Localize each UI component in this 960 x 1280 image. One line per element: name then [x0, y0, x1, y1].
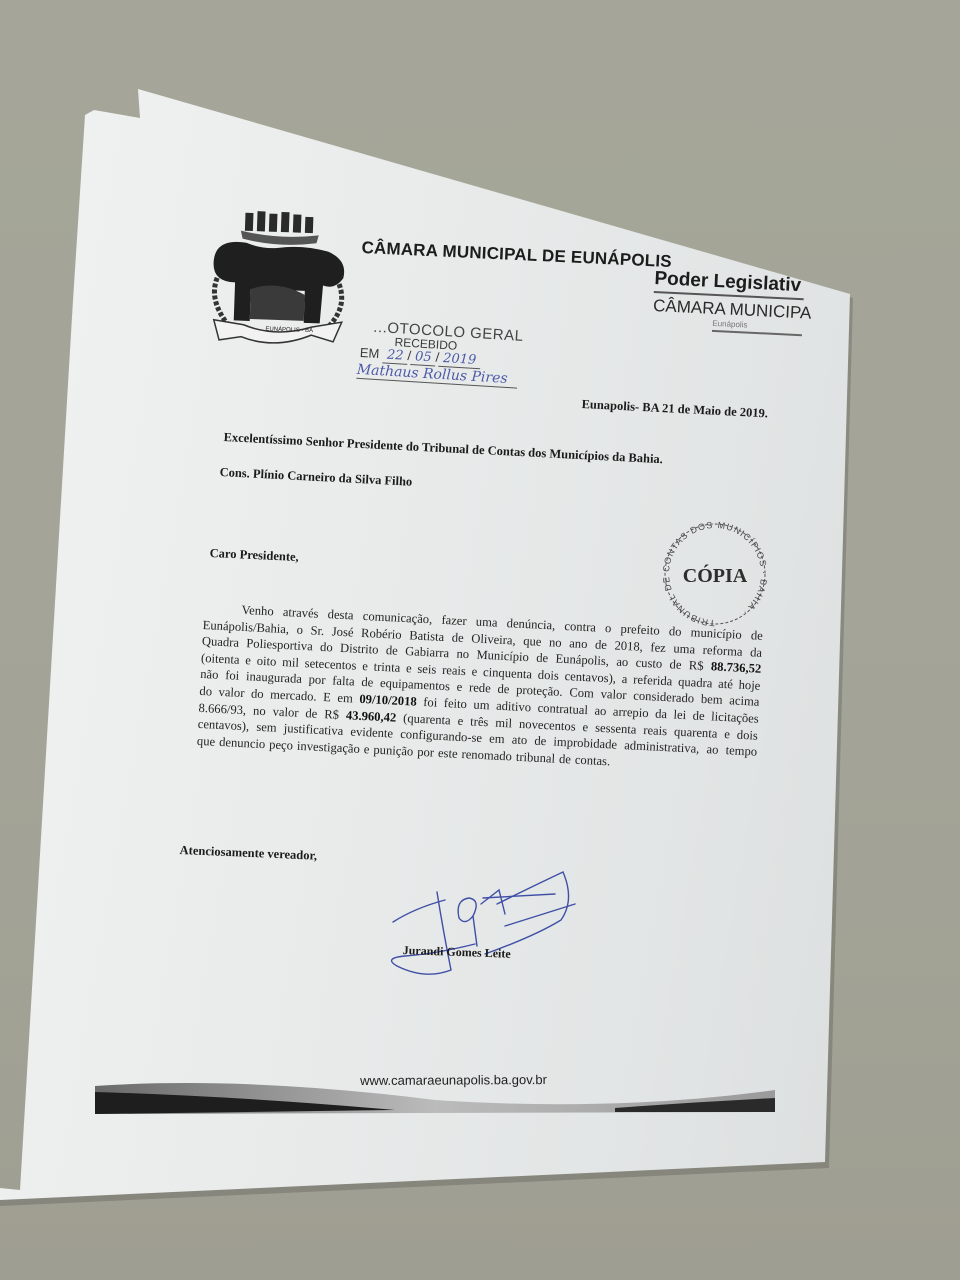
protocol-day: 22 [382, 347, 407, 364]
body-word: Distrito [340, 640, 379, 658]
body-word: em [489, 731, 505, 748]
body-word: de [534, 733, 547, 750]
body-word: da [750, 644, 763, 661]
body-word: desta [327, 606, 354, 624]
body-word: R$ [324, 706, 340, 723]
body-word: de [451, 629, 464, 646]
body-word: uma [673, 640, 695, 658]
body-word: quadra [678, 673, 713, 691]
date-line: Eunapolis- BA 21 de Maio de 2019. [581, 397, 768, 421]
body-word: de [361, 674, 374, 691]
body-word: foi [225, 668, 240, 685]
body-word: de [536, 650, 549, 667]
body-word: licitações [711, 708, 759, 727]
body-word: que [523, 633, 542, 650]
body-word: valor [272, 703, 299, 721]
body-word: Sr. [310, 622, 324, 639]
body-word: em [337, 690, 353, 707]
body-word: Venho [241, 602, 274, 620]
body-word: Quadra [202, 633, 240, 651]
body-word: e [724, 726, 730, 743]
body-word: sem [256, 719, 277, 737]
body-word: ao [706, 741, 719, 758]
body-word: fez [650, 639, 666, 656]
body-word: falta [332, 673, 355, 691]
body-word: dois [537, 666, 559, 684]
protocol-stamp: ...OTOCOLO GERAL RECEBIDO EM 22/05/2019 … [358, 318, 524, 389]
body-word: de [669, 656, 682, 673]
body-word: de [559, 751, 572, 768]
body-word: evidente [350, 724, 393, 743]
body-word: sessenta [595, 719, 637, 738]
body-word: acima [729, 693, 760, 711]
body-word: do [251, 685, 264, 702]
body-word: seis [417, 660, 437, 678]
body-word: ano [569, 635, 588, 652]
body-word: e [363, 741, 369, 758]
body-word: Robério [361, 624, 402, 643]
poder-title: Poder Legislativ [654, 268, 805, 300]
body-word: referida [633, 671, 673, 690]
body-word: peço [269, 736, 294, 754]
body-word: R$ [688, 657, 704, 674]
body-word: do [320, 639, 333, 656]
body-word: um [473, 697, 490, 714]
body-word: custo [635, 655, 662, 673]
body-word: rede [469, 680, 491, 698]
body-word: este [438, 745, 458, 763]
body-word: uma [475, 614, 497, 632]
letter-content: EUNÁPOLIS - BA CÂMARA MUNICIPAL DE EUNÁP… [0, 0, 960, 1280]
body-word: Com [569, 685, 594, 703]
body-word: aditivo [496, 698, 532, 716]
body-word: lei [673, 706, 686, 723]
body-word: de [385, 642, 398, 659]
body-word: (oitenta [201, 650, 240, 668]
body-word: por [308, 672, 326, 689]
body-word: através [282, 604, 318, 622]
body-word: de [751, 627, 764, 644]
body-word: E [323, 689, 332, 706]
body-word: 2018, [614, 637, 643, 655]
body-word: ao [616, 654, 629, 671]
body-word: três [470, 713, 489, 730]
body-word: e [582, 719, 588, 736]
body-word: investigação [297, 738, 361, 758]
body-word: e [471, 663, 477, 680]
body-word: trinta [373, 658, 400, 676]
body-word: denuncio [219, 734, 266, 753]
body-word: no [456, 646, 469, 663]
body-word: e [456, 679, 462, 696]
body-word: e [457, 712, 463, 729]
body-word: punição [373, 741, 414, 760]
addressee-line-2: Cons. Plínio Carneiro da Silva Filho [219, 465, 412, 490]
body-word: oito [256, 652, 276, 670]
body-word: tempo [725, 742, 757, 760]
body-word: o [296, 621, 303, 638]
body-word: reforma [702, 641, 743, 660]
coat-of-arms-logo: EUNÁPOLIS - BA [205, 210, 355, 360]
body-word: Eunápolis, [555, 651, 609, 670]
body-word: contra [564, 618, 596, 636]
body-word: de [497, 681, 510, 698]
body-word: reais [442, 662, 467, 680]
body-word: Batista [409, 627, 445, 645]
body-word: tribunal [515, 748, 555, 767]
body-word: no [253, 702, 266, 719]
body-word: arrepio [613, 703, 649, 721]
body-word: bem [700, 691, 722, 709]
closing: Atenciosamente vereador, [179, 843, 317, 864]
body-word: a [621, 671, 627, 688]
body-word: e [362, 658, 368, 675]
body-word: José [331, 623, 354, 641]
greeting: Caro Presidente, [209, 546, 299, 565]
body-word: e [245, 652, 251, 669]
body-word: contas. [574, 751, 610, 769]
body-word: de [692, 707, 705, 724]
protocol-em-label: EM [359, 345, 379, 361]
body-word: reais [643, 722, 668, 740]
handwritten-signature [385, 870, 585, 980]
body-word: foi [423, 694, 438, 711]
body-word: feito [443, 695, 467, 713]
body-word: mil [495, 714, 513, 731]
footer-url: www.camaraeunapolis.ba.gov.br [360, 1072, 547, 1088]
chamber-title: CÂMARA MUNICIPAL DE EUNÁPOLIS [361, 238, 672, 272]
body-word: no [549, 634, 562, 651]
body-word: município [690, 624, 742, 643]
body-word: prefeito [620, 621, 660, 640]
copia-label: CÓPIA [683, 563, 748, 587]
body-word: até [718, 675, 733, 692]
body-word: de [595, 636, 608, 653]
copia-stamp: TRIBUNAL DE CONTAS DOS MUNICÍPIOS · BAHI… [650, 520, 780, 632]
body-word: não [200, 666, 219, 683]
body-word: de [305, 705, 318, 722]
addressee-line-1: Excelentíssimo Senhor Presidente do Trib… [223, 430, 663, 467]
body-word: por [417, 744, 435, 761]
body-word: da [655, 706, 668, 723]
body-word: hoje [738, 676, 760, 694]
body-word: do [669, 623, 682, 640]
body-word: ao [594, 703, 607, 720]
body-word: e [406, 660, 412, 677]
body-word: dois [736, 726, 758, 744]
letter-body: Venhoatravésdestacomunicação,fazerumaden… [197, 600, 764, 777]
body-word: renomado [461, 746, 512, 765]
body-word: fazer [441, 612, 467, 630]
body-word: que [197, 733, 216, 750]
poder-legislativo-block: Poder Legislativ CÂMARA MUNICIPA Eunápol… [652, 268, 805, 336]
body-word: mil [282, 654, 300, 671]
protocol-month: 05 [411, 349, 436, 366]
body-word: valor [218, 684, 245, 702]
body-word: do [199, 683, 212, 700]
body-word: valor [600, 686, 627, 704]
body-word: o [605, 620, 612, 637]
body-word: Poliesportiva [246, 635, 313, 655]
body-word: ato [511, 732, 527, 749]
